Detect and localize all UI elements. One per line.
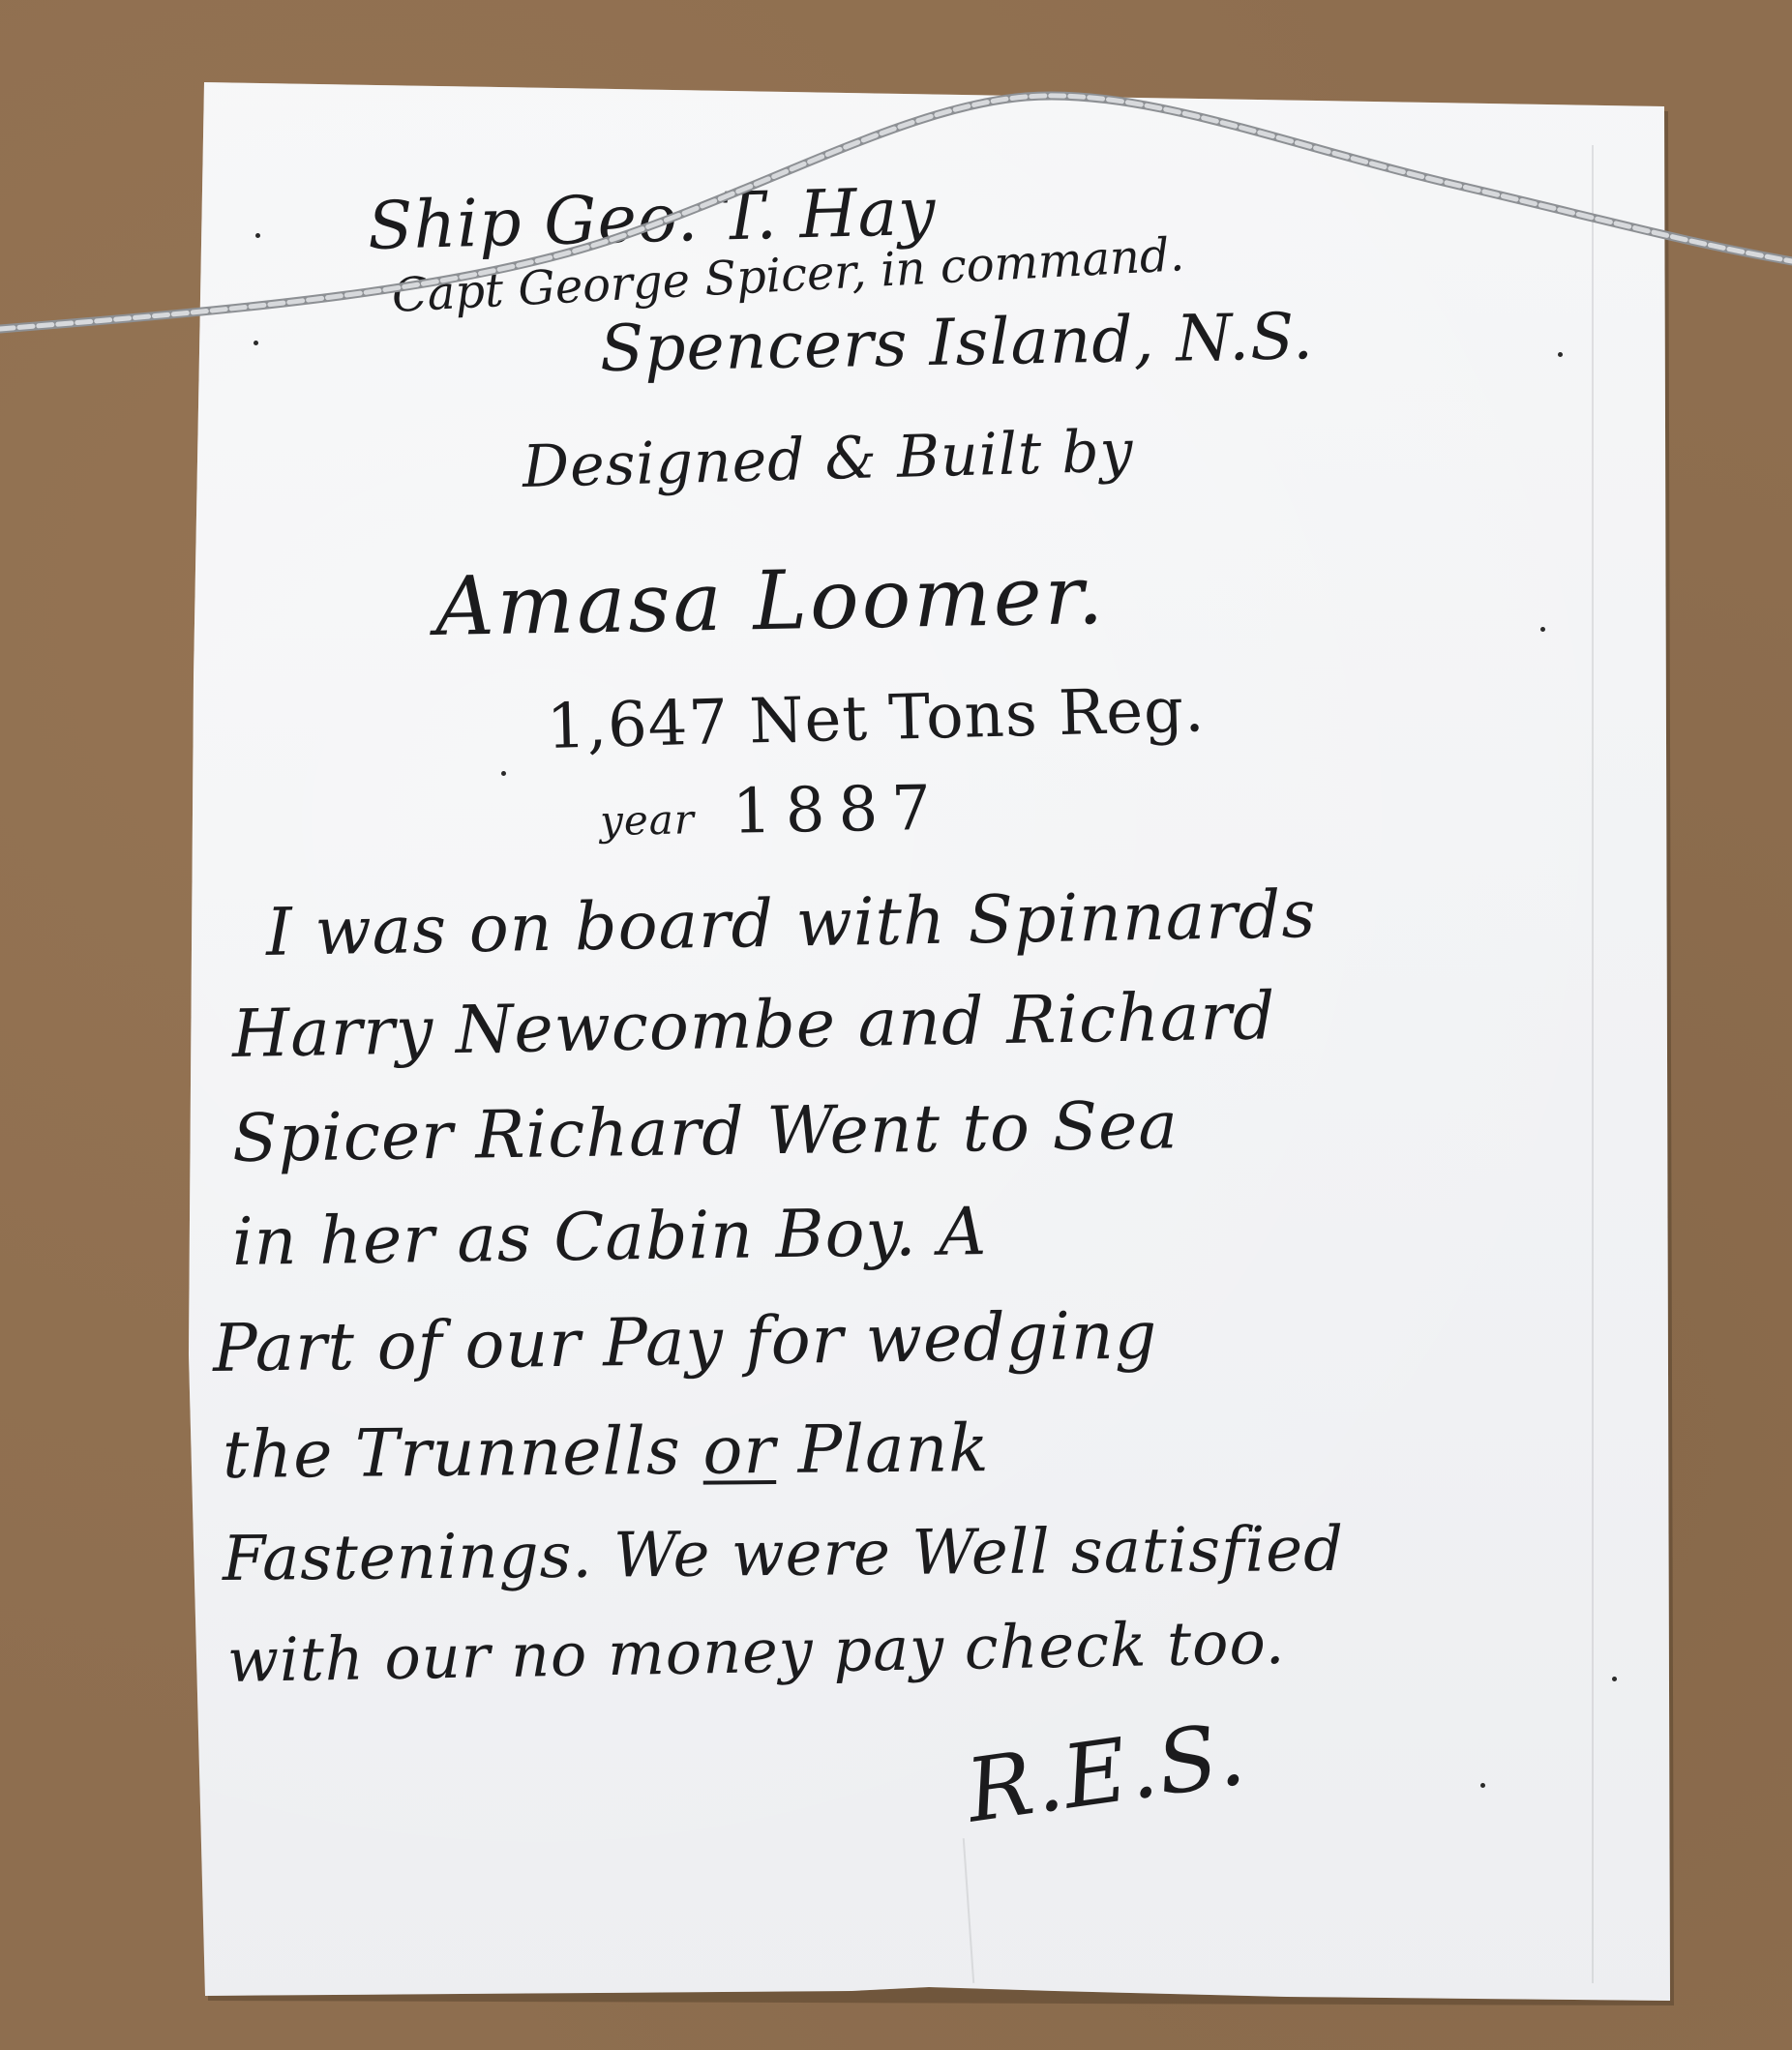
body-line-6-text: the Trunnells <box>223 1413 703 1494</box>
ink-speck <box>1540 627 1545 632</box>
ink-speck <box>255 233 260 238</box>
body-line-3: Spicer Richard Went to Sea <box>231 1087 1179 1177</box>
location-line: Spencers Island, N.S. <box>599 299 1314 386</box>
photo-scene: Ship Geo. T. Hay Capt George Spicer, in … <box>0 0 1792 2050</box>
ink-speck <box>1558 352 1563 357</box>
body-line-4: in her as Cabin Boy. A <box>231 1194 987 1281</box>
body-line-6-tail: Plank <box>776 1411 990 1489</box>
ink-speck <box>254 341 258 345</box>
body-line-7: Fastenings. We were Well satisfied <box>223 1514 1345 1595</box>
body-line-5: Part of our Pay for wedging <box>212 1297 1157 1387</box>
underlined-word: or <box>702 1412 776 1490</box>
year-label: year <box>600 795 696 845</box>
ink-speck <box>1612 1677 1617 1681</box>
fold-mark <box>1592 145 1594 1983</box>
year-value: 1887 <box>732 773 944 848</box>
builder-name: Amasa Loomer. <box>434 548 1107 654</box>
year-line: year 1887 <box>599 773 944 850</box>
body-line-6: the Trunnells or Plank <box>223 1411 990 1494</box>
ink-speck <box>1480 1783 1485 1788</box>
ink-speck <box>501 771 506 776</box>
